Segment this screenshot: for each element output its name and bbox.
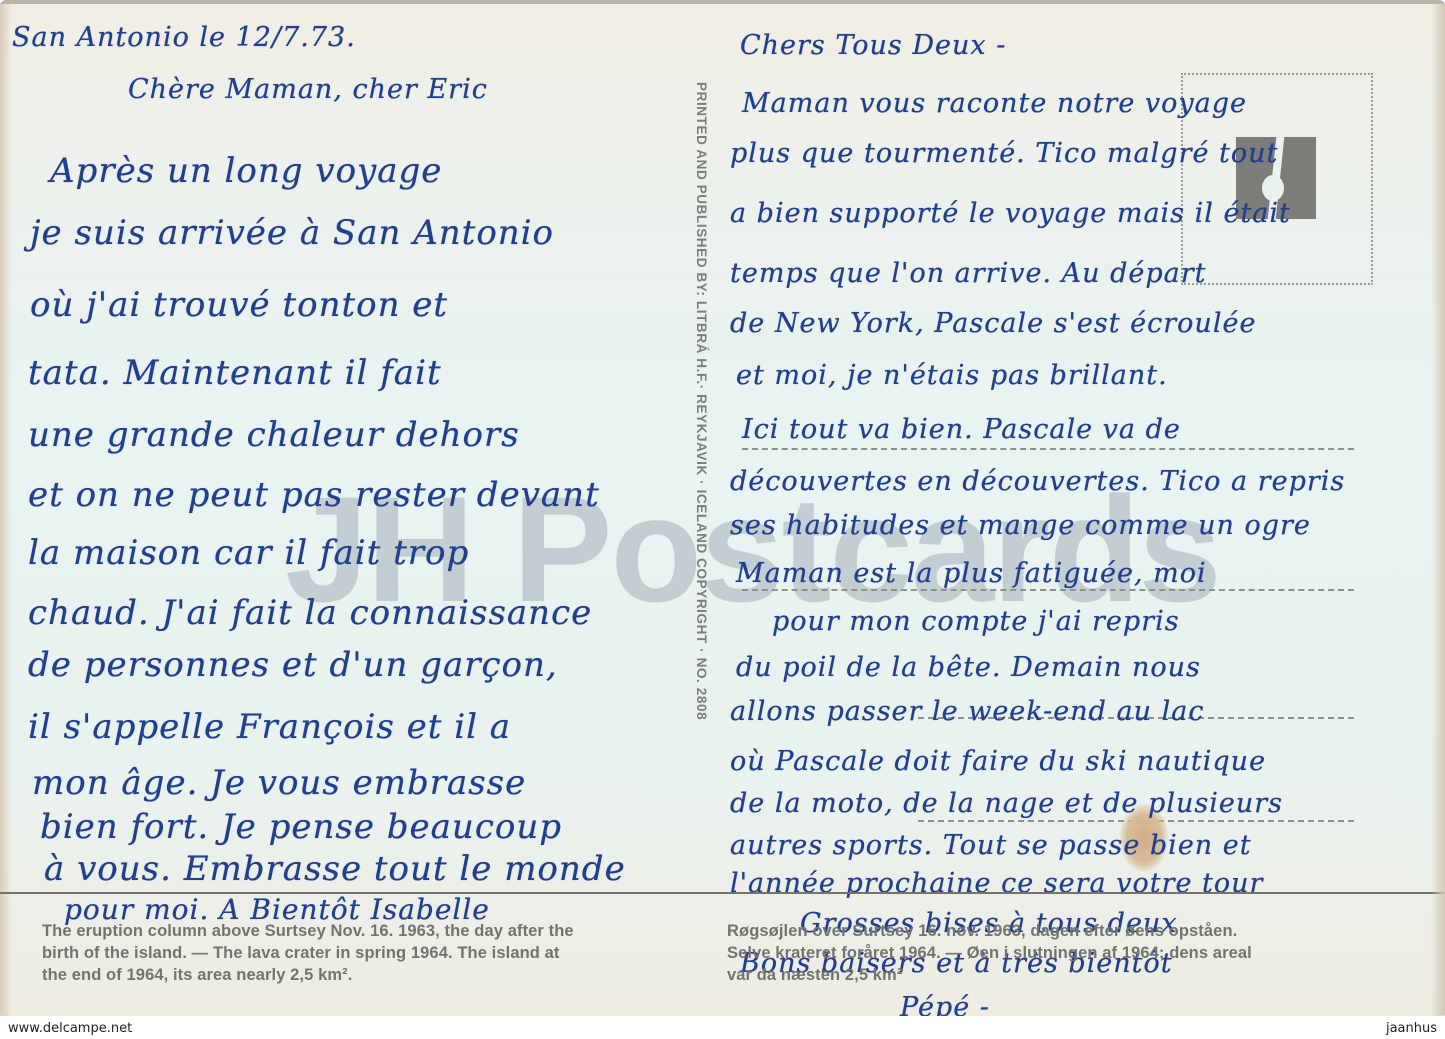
caption-line: Røgsøjlen over Surtsey 16. nov. 1963, da… <box>727 920 1427 942</box>
handwritten-date-line: San Antonio le 12/7.73. <box>12 24 356 51</box>
handwritten-line: pour mon compte j'ai repris <box>772 608 1180 635</box>
address-line <box>742 589 1354 591</box>
handwritten-line: Après un long voyage <box>50 154 442 188</box>
handwritten-line: à vous. Embrasse tout le monde <box>44 852 626 886</box>
caption-english: The eruption column above Surtsey Nov. 1… <box>42 920 722 986</box>
handwritten-line: Maman est la plus fatiguée, moi <box>736 560 1207 587</box>
publisher-imprint: PRINTED AND PUBLISHED BY: LITBRÁ H.F.· R… <box>694 82 709 720</box>
handwritten-line: de New York, Pascale s'est écroulée <box>730 310 1256 337</box>
handwritten-signature: Pépé - <box>900 994 990 1016</box>
caption-line: the end of 1964, its area nearly 2,5 km²… <box>42 964 722 986</box>
handwritten-line: mon âge. Je vous embrasse <box>32 766 526 800</box>
handwritten-line: temps que l'on arrive. Au départ <box>730 260 1207 287</box>
handwritten-line: chaud. J'ai fait la connaissance <box>28 596 592 630</box>
handwritten-line: la maison car il fait trop <box>28 536 469 570</box>
site-credit-right: jaanhus <box>1386 1021 1437 1036</box>
handwritten-line: et on ne peut pas rester devant <box>28 478 600 512</box>
caption-line: The eruption column above Surtsey Nov. 1… <box>42 920 722 942</box>
handwritten-line: une grande chaleur dehors <box>28 418 520 452</box>
address-line <box>742 448 1354 450</box>
handwritten-salutation: Chère Maman, cher Eric <box>128 76 488 103</box>
caption-line: birth of the island. — The lava crater i… <box>42 942 722 964</box>
handwritten-line: il s'appelle François et il a <box>28 710 511 744</box>
handwritten-line: bien fort. Je pense beaucoup <box>40 810 562 844</box>
caption-line: var da næsten 2,5 km² <box>727 964 1427 986</box>
handwritten-line: où Pascale doit faire du ski nautique <box>730 748 1266 775</box>
caption-line: Selve krateret foråret 1964. — Øen i slu… <box>727 942 1427 964</box>
handwritten-line: tata. Maintenant il fait <box>28 356 442 390</box>
handwritten-line: Maman vous raconte notre voyage <box>742 90 1247 117</box>
handwritten-line: plus que tourmenté. Tico malgré tout <box>730 140 1278 167</box>
handwritten-line: a bien supporté le voyage mais il était <box>730 200 1291 227</box>
handwritten-line: je suis arrivée à San Antonio <box>30 216 554 250</box>
handwritten-line: autres sports. Tout se passe bien et <box>730 832 1252 859</box>
handwritten-line: du poil de la bête. Demain nous <box>736 654 1201 681</box>
handwritten-line: de la moto, de la nage et de plusieurs <box>730 790 1283 817</box>
handwritten-line: et moi, je n'étais pas brillant. <box>736 362 1168 389</box>
handwritten-line: de personnes et d'un garçon, <box>28 648 558 682</box>
handwritten-greeting: Chers Tous Deux - <box>740 32 1006 59</box>
caption-danish: Røgsøjlen over Surtsey 16. nov. 1963, da… <box>727 920 1427 986</box>
handwritten-line: où j'ai trouvé tonton et <box>30 288 448 322</box>
site-credit-left: www.delcampe.net <box>8 1021 132 1036</box>
handwritten-line: ses habitudes et mange comme un ogre <box>730 512 1311 539</box>
caption-divider <box>0 892 1445 894</box>
handwritten-line: allons passer le week-end au lac <box>730 698 1204 725</box>
postcard-back: JH Postcards PRINTED AND PUBLISHED BY: L… <box>0 0 1445 1016</box>
handwritten-line: découvertes en découvertes. Tico a repri… <box>730 468 1345 495</box>
handwritten-line: Ici tout va bien. Pascale va de <box>742 416 1181 443</box>
